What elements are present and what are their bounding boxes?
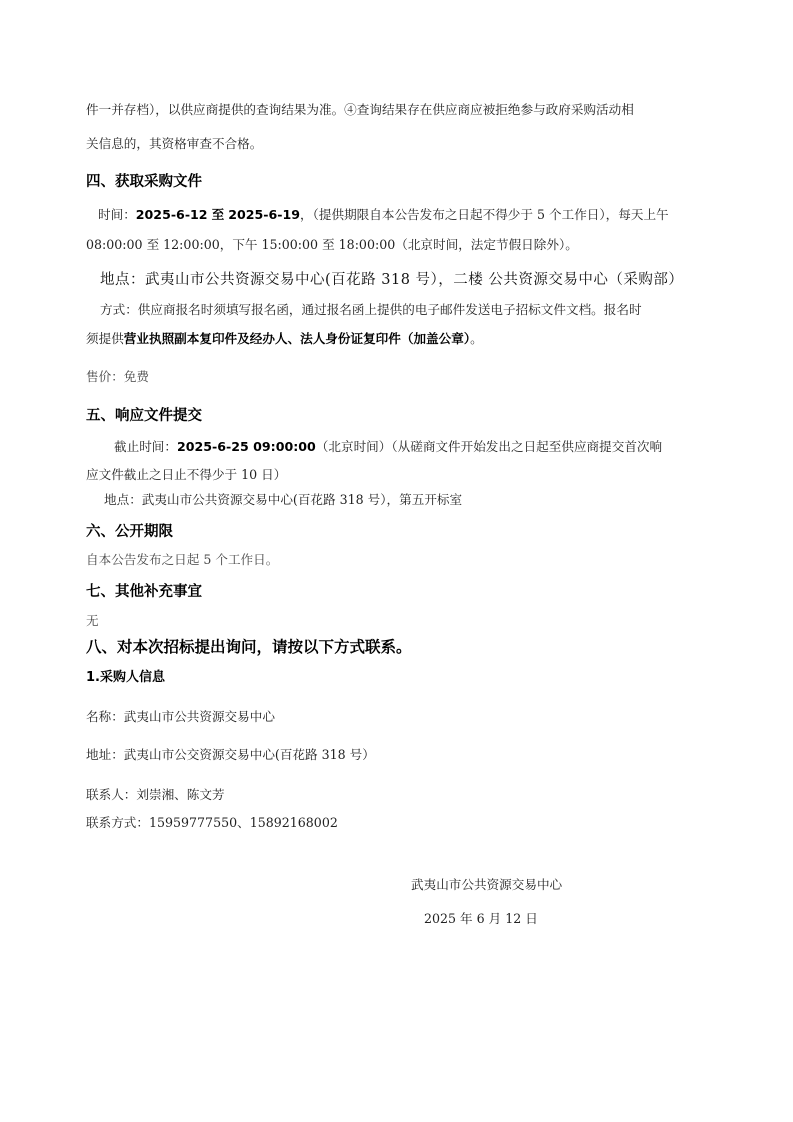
section-8-subheading: 1.采购人信息 bbox=[86, 670, 165, 686]
section-4-method-line-2: 须提供营业执照副本复印件及经办人、法人身份证复印件（加盖公章）。 bbox=[86, 331, 483, 347]
section-5-deadline-line-1: 截止时间：2025-6-25 09:00:00（北京时间）（从磋商文件开始发出之… bbox=[114, 439, 662, 455]
deadline-label: 截止时间： bbox=[114, 439, 177, 454]
section-6-text: 自本公告发布之日起 5 个工作日。 bbox=[86, 552, 278, 568]
section-5-deadline-line-2: 应文件截止之日止不得少于 10 日） bbox=[86, 467, 286, 483]
purchaser-phone: 联系方式：15959777550、15892168002 bbox=[86, 815, 338, 831]
section-4-time-line-1: 时间：2025-6-12 至 2025-6-19，（提供期限自本公告发布之日起不… bbox=[98, 207, 669, 223]
signature-date: 2025 年 6 月 12 日 bbox=[424, 911, 538, 927]
time-label: 时间： bbox=[98, 207, 136, 222]
section-7-text: 无 bbox=[86, 613, 99, 629]
section-4-time-line-2: 08:00:00 至 12:00:00，下午 15:00:00 至 18:00:… bbox=[86, 237, 578, 253]
signature-org: 武夷山市公共资源交易中心 bbox=[411, 877, 562, 893]
deadline-value: 2025-6-25 09:00:00 bbox=[177, 439, 316, 454]
method-prefix: 须提供 bbox=[86, 331, 124, 346]
purchaser-name: 名称：武夷山市公共资源交易中心 bbox=[86, 709, 275, 725]
purchaser-address: 地址：武夷山市公交资源交易中心(百花路 318 号） bbox=[86, 747, 375, 763]
time-rest: ，（提供期限自本公告发布之日起不得少于 5 个工作日），每天上午 bbox=[300, 207, 669, 222]
intro-line-2: 关信息的，其资格审查不合格。 bbox=[86, 136, 262, 152]
section-8-heading: 八、对本次招标提出询问，请按以下方式联系。 bbox=[86, 639, 412, 655]
time-to: 至 bbox=[212, 207, 225, 222]
section-7-heading: 七、其他补充事宜 bbox=[86, 584, 202, 600]
time-start: 2025-6-12 bbox=[136, 207, 208, 222]
section-6-heading: 六、公开期限 bbox=[86, 524, 173, 540]
section-4-price: 售价：免费 bbox=[86, 369, 149, 385]
section-4-location: 地点：武夷山市公共资源交易中心(百花路 318 号），二楼 公共资源交易中心（采… bbox=[100, 272, 683, 288]
purchaser-contacts: 联系人：刘崇湘、陈文芳 bbox=[86, 787, 225, 803]
section-4-heading: 四、获取采购文件 bbox=[86, 174, 202, 190]
time-end: 2025-6-19 bbox=[228, 207, 300, 222]
method-suffix: 。 bbox=[470, 331, 483, 346]
section-5-heading: 五、响应文件提交 bbox=[86, 408, 202, 424]
section-5-location: 地点：武夷山市公共资源交易中心(百花路 318 号），第五开标室 bbox=[104, 492, 462, 508]
deadline-rest: （北京时间）（从磋商文件开始发出之日起至供应商提交首次响 bbox=[316, 439, 662, 454]
method-required-documents: 营业执照副本复印件及经办人、法人身份证复印件（加盖公章） bbox=[124, 331, 470, 346]
section-4-method-line-1: 方式：供应商报名时须填写报名函，通过报名函上提供的电子邮件发送电子招标文件文档。… bbox=[100, 302, 642, 318]
intro-line-1: 件一并存档），以供应商提供的查询结果为准。④查询结果存在供应商应被拒绝参与政府采… bbox=[86, 102, 634, 118]
